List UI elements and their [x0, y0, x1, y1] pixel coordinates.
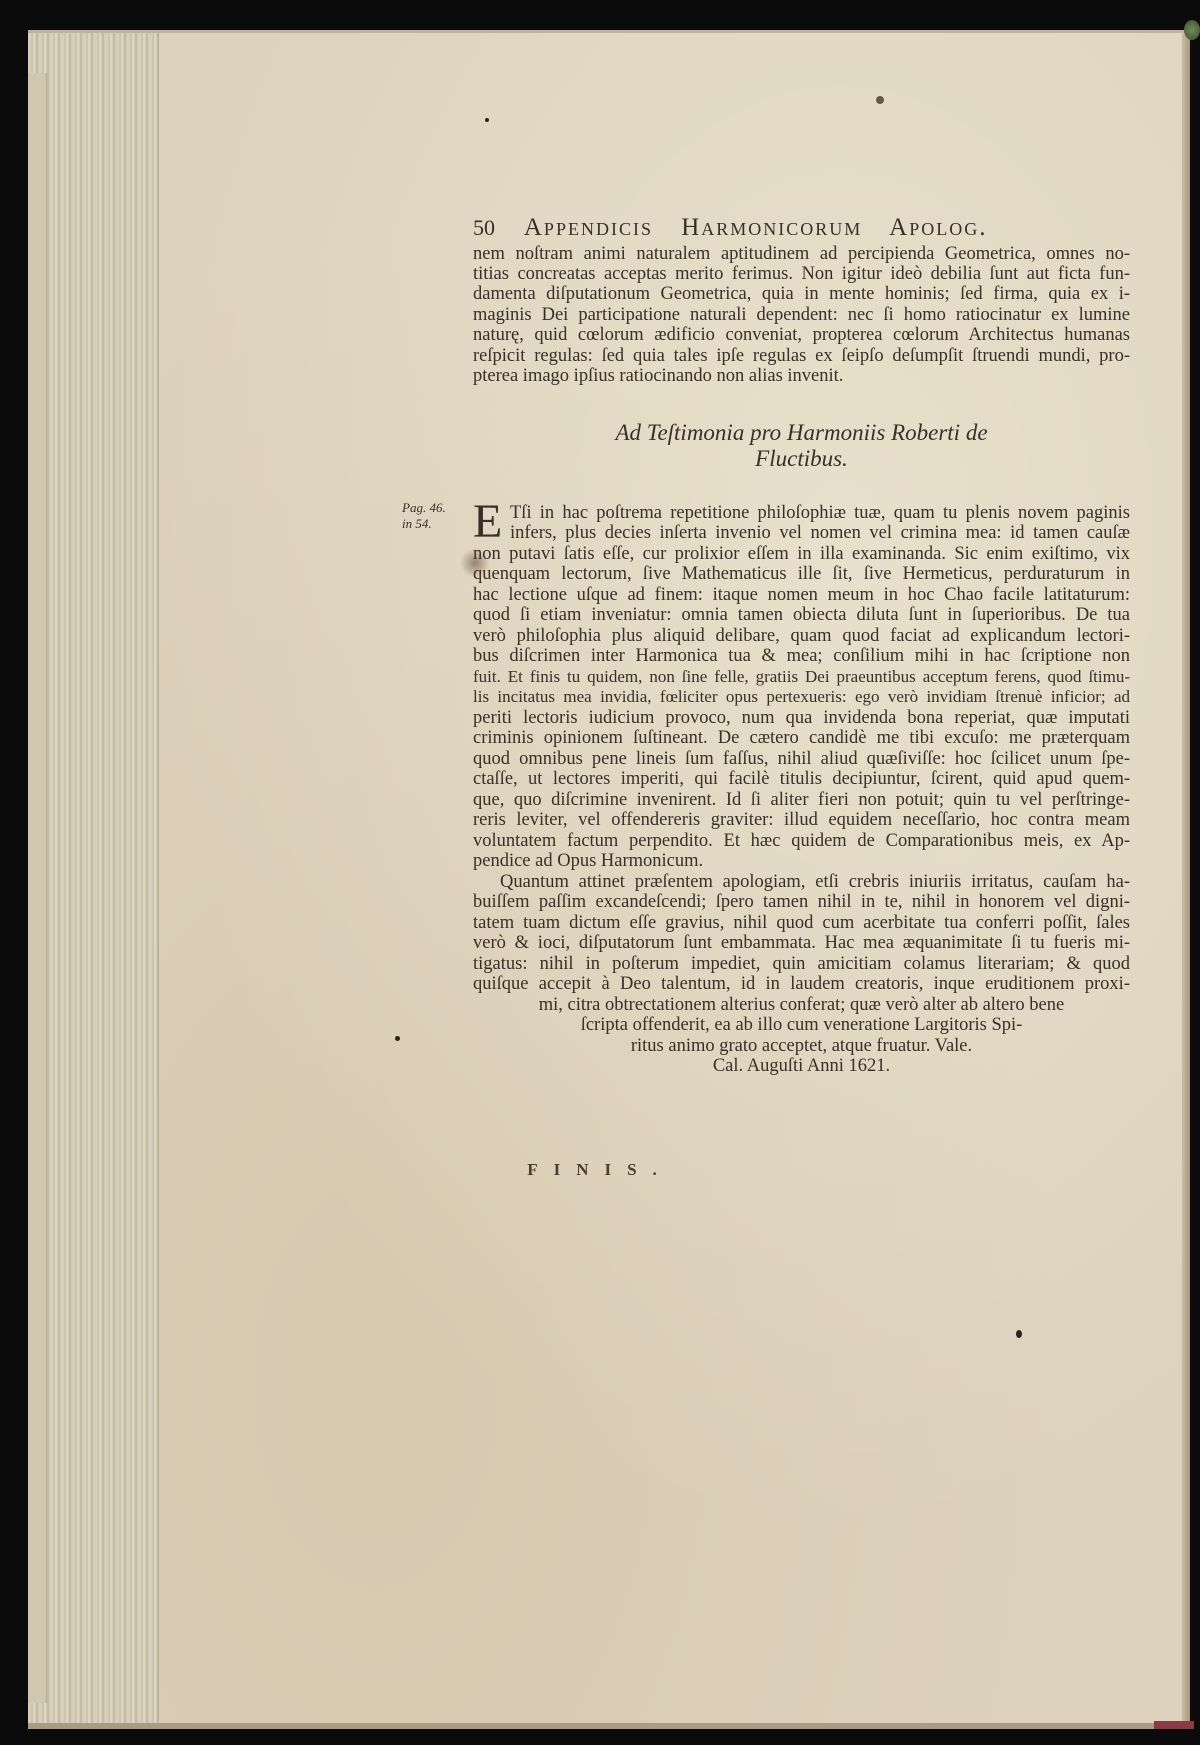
text-line: pterea imago ipſius ratiocinando non ali…: [473, 366, 1130, 386]
text-line: criminis opinionem ſuſtineant. De cætero…: [473, 728, 1130, 748]
finis-colophon: FINIS.: [0, 1160, 1200, 1180]
text-line: lis incitatus mea invidia, fœliciter opu…: [473, 687, 1130, 707]
margin-note: Pag. 46. in 54.: [402, 500, 446, 532]
page-number: 50: [473, 215, 495, 240]
text-line-tapered: mi, citra obtrectationem alterius confer…: [473, 995, 1130, 1015]
text-line: infers, plus decies inſerta invenio vel …: [510, 523, 1130, 543]
date-line: Cal. Auguſti Anni 1621.: [473, 1056, 1130, 1076]
section-heading-line-1: Ad Teſtimonia pro Harmoniis Roberti de: [473, 420, 1130, 446]
text-line: periti lectoris iudicium provoco, num qu…: [473, 708, 1130, 728]
text-line: non putavi ſatis eſſe, cur prolixior eſſ…: [473, 544, 1130, 564]
flyleaf-edge: [28, 73, 47, 1703]
running-head-word: Harmonicorum: [681, 214, 862, 241]
text-line: tatem tuam dictum eſſe gravius, nihil qu…: [473, 913, 1130, 933]
text-line: tigatus: nihil in poſterum impediet, qui…: [473, 954, 1130, 974]
margin-note-line: in 54.: [402, 516, 446, 532]
text-line: titias concreatas acceptas merito ferimu…: [473, 264, 1130, 284]
text-line: quiſque accepit à Deo talentum, id in la…: [473, 974, 1130, 994]
ink-speck: [876, 96, 884, 104]
text-line: reris leviter, vel offendereris graviter…: [473, 810, 1130, 830]
text-line: hac lectione uſque ad finem: itaque nome…: [473, 585, 1130, 605]
text-line: damenta diſputationum Geometrica, quia i…: [473, 284, 1130, 304]
drop-cap: E: [473, 500, 502, 544]
text-line: verò philoſophia plus aliquid delibare, …: [473, 626, 1130, 646]
ink-speck: [1016, 1330, 1022, 1338]
text-line: quod omnibus pene lineis ſum faſſus, nih…: [473, 749, 1130, 769]
text-line: bus diſcrimen inter Harmonica tua & mea;…: [473, 646, 1130, 666]
text-line: pendice ad Opus Harmonicum.: [473, 851, 1130, 871]
text-line-tapered: ſcripta offenderit, ea ab illo cum vener…: [473, 1015, 1130, 1035]
text-line: voluntatem factum perpendito. Et hæc qui…: [473, 831, 1130, 851]
text-line: que, quo diſcrimine invenirent. Id ſi al…: [473, 790, 1130, 810]
running-head: 50 Appendicis Harmonicorum Apolog.: [473, 214, 987, 242]
running-head-word: Apolog.: [889, 214, 987, 241]
section-heading-line-2: Fluctibus.: [473, 446, 1130, 472]
text-line: nem noſtram animi naturalem aptitudinem …: [473, 244, 1130, 264]
text-line: fuit. Et finis tu quidem, non ſine felle…: [473, 667, 1130, 687]
text-line: quod ſi etiam inveniatur: omnia tamen ob…: [473, 605, 1130, 625]
margin-note-line: Pag. 46.: [402, 500, 446, 516]
right-page-edge: [1182, 33, 1190, 1723]
text-line-tapered: ritus animo grato acceptet, atque fruatu…: [473, 1036, 1130, 1056]
running-head-word: Appendicis: [524, 214, 653, 241]
green-debris: [1184, 20, 1200, 40]
page-stack-edge: [28, 33, 159, 1723]
text-line: naturę, quid cœlorum ædificio conveniat,…: [473, 325, 1130, 345]
red-binding-corner: [1154, 1721, 1194, 1729]
ink-speck: [395, 1036, 400, 1041]
text-line: verò & ioci, diſputatorum ſunt embammata…: [473, 933, 1130, 953]
text-line: buiſſem paſſim excandeſcendi; ſpero tame…: [473, 892, 1130, 912]
text-line: quenquam lectorum, ſive Mathematicus ill…: [473, 564, 1130, 584]
text-line: maginis Dei participatione naturali depe…: [473, 305, 1130, 325]
text-line: ctaſſe, ut lectores imperiti, qui facilè…: [473, 769, 1130, 789]
ink-speck: [485, 118, 489, 122]
text-line: Tſi in hac poſtrema repetitione philoſop…: [510, 503, 1130, 523]
text-line: Quantum attinet præſentem apologiam, etſ…: [500, 872, 1130, 892]
text-line: reſpicit regulas: ſed quia tales ipſe re…: [473, 346, 1130, 366]
